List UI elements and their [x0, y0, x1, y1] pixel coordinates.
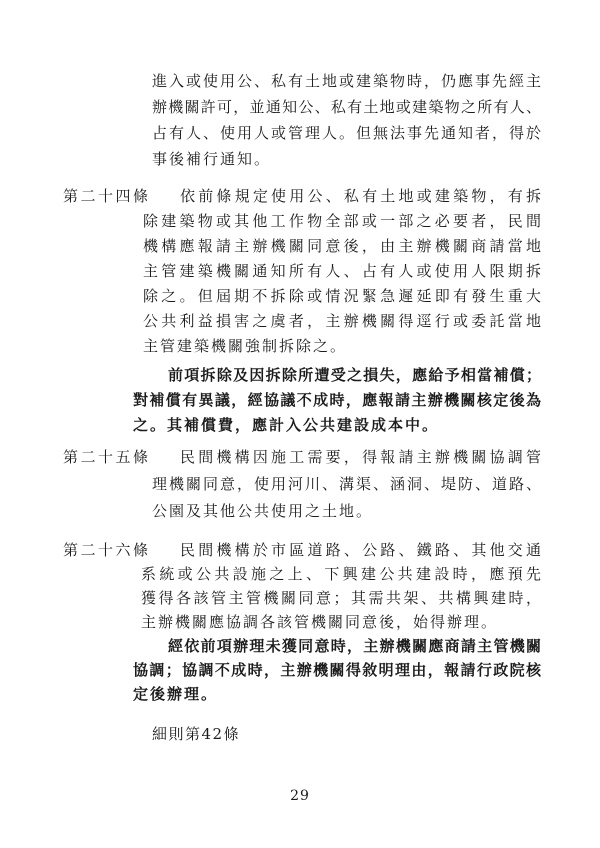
- text-line: 主管建築機關通知所有人、占有人或使用人限期拆: [143, 259, 542, 284]
- document-page: 進入或使用公、私有土地或建築物時，仍應事先經主 辦機關許可，並通知公、私有土地或…: [0, 0, 600, 848]
- article-first-line: 民間機構於市區道路、公路、鐵路、其他交通: [180, 538, 542, 562]
- article-label: 第二十六條: [63, 538, 180, 562]
- article-heading-row: 第二十四條 依前條規定使用公、私有土地或建築物，有拆: [63, 184, 542, 209]
- article-label: 第二十四條: [63, 184, 180, 209]
- regulation-note: 細則第42條: [152, 723, 240, 744]
- text-line: 獲得各該管主管機關同意；其需共架、共構興建時，: [141, 586, 542, 610]
- text-line: 前項拆除及因拆除所遭受之損失，應給予相當補償；: [168, 363, 542, 388]
- article-heading-row: 第二十六條 民間機構於市區道路、公路、鐵路、其他交通: [63, 538, 542, 562]
- continuation-paragraph: 進入或使用公、私有土地或建築物時，仍應事先經主 辦機關許可，並通知公、私有土地或…: [0, 68, 600, 172]
- text-line: 對補償有異議，經協議不成時，應報請主辦機關核定後為: [133, 388, 542, 413]
- text-line: 公園及其他公共使用之土地。: [152, 498, 542, 525]
- text-line: 定後辦理。: [133, 682, 542, 706]
- text-line: 事後補行通知。: [152, 146, 542, 172]
- text-line: 公共利益損害之虞者，主辦機關得逕行或委託當地: [143, 309, 542, 334]
- page-number: 29: [0, 788, 600, 804]
- article-24: 第二十四條 依前條規定使用公、私有土地或建築物，有拆 除建築物或其他工作物全部或…: [0, 184, 600, 438]
- text-line: 除之。但屆期不拆除或情況緊急遲延即有發生重大: [143, 284, 542, 309]
- article-heading-row: 第二十五條 民間機構因施工需要，得報請主辦機關協調管: [63, 444, 542, 471]
- text-line: 經依前項辦理未獲同意時，主辦機關應商請主管機關: [168, 634, 542, 658]
- text-line: 理機關同意，使用河川、溝渠、涵洞、堤防、道路、: [152, 471, 542, 498]
- article-25: 第二十五條 民間機構因施工需要，得報請主辦機關協調管 理機關同意，使用河川、溝渠…: [0, 444, 600, 525]
- text-line: 之。其補償費，應計入公共建設成本中。: [133, 413, 542, 438]
- article-26: 第二十六條 民間機構於市區道路、公路、鐵路、其他交通 系統或公共設施之上、下興建…: [0, 538, 600, 706]
- text-line: 系統或公共設施之上、下興建公共建設時，應預先: [141, 562, 542, 586]
- article-first-line: 民間機構因施工需要，得報請主辦機關協調管: [180, 444, 542, 471]
- text-line: 除建築物或其他工作物全部或一部之必要者，民間: [143, 209, 542, 234]
- text-line: 主管建築機關強制拆除之。: [143, 334, 542, 359]
- text-line: 主辦機關應協調各該管機關同意後，始得辦理。: [141, 610, 542, 634]
- text-line: 進入或使用公、私有土地或建築物時，仍應事先經主: [152, 68, 542, 94]
- article-first-line: 依前條規定使用公、私有土地或建築物，有拆: [180, 184, 542, 209]
- text-line: 機構應報請主辦機關同意後，由主辦機關商請當地: [143, 234, 542, 259]
- article-label: 第二十五條: [63, 444, 180, 471]
- text-line: 占有人、使用人或管理人。但無法事先通知者，得於: [152, 120, 542, 146]
- text-line: 協調；協調不成時，主辦機關得敘明理由，報請行政院核: [133, 658, 542, 682]
- text-line: 辦機關許可，並通知公、私有土地或建築物之所有人、: [152, 94, 542, 120]
